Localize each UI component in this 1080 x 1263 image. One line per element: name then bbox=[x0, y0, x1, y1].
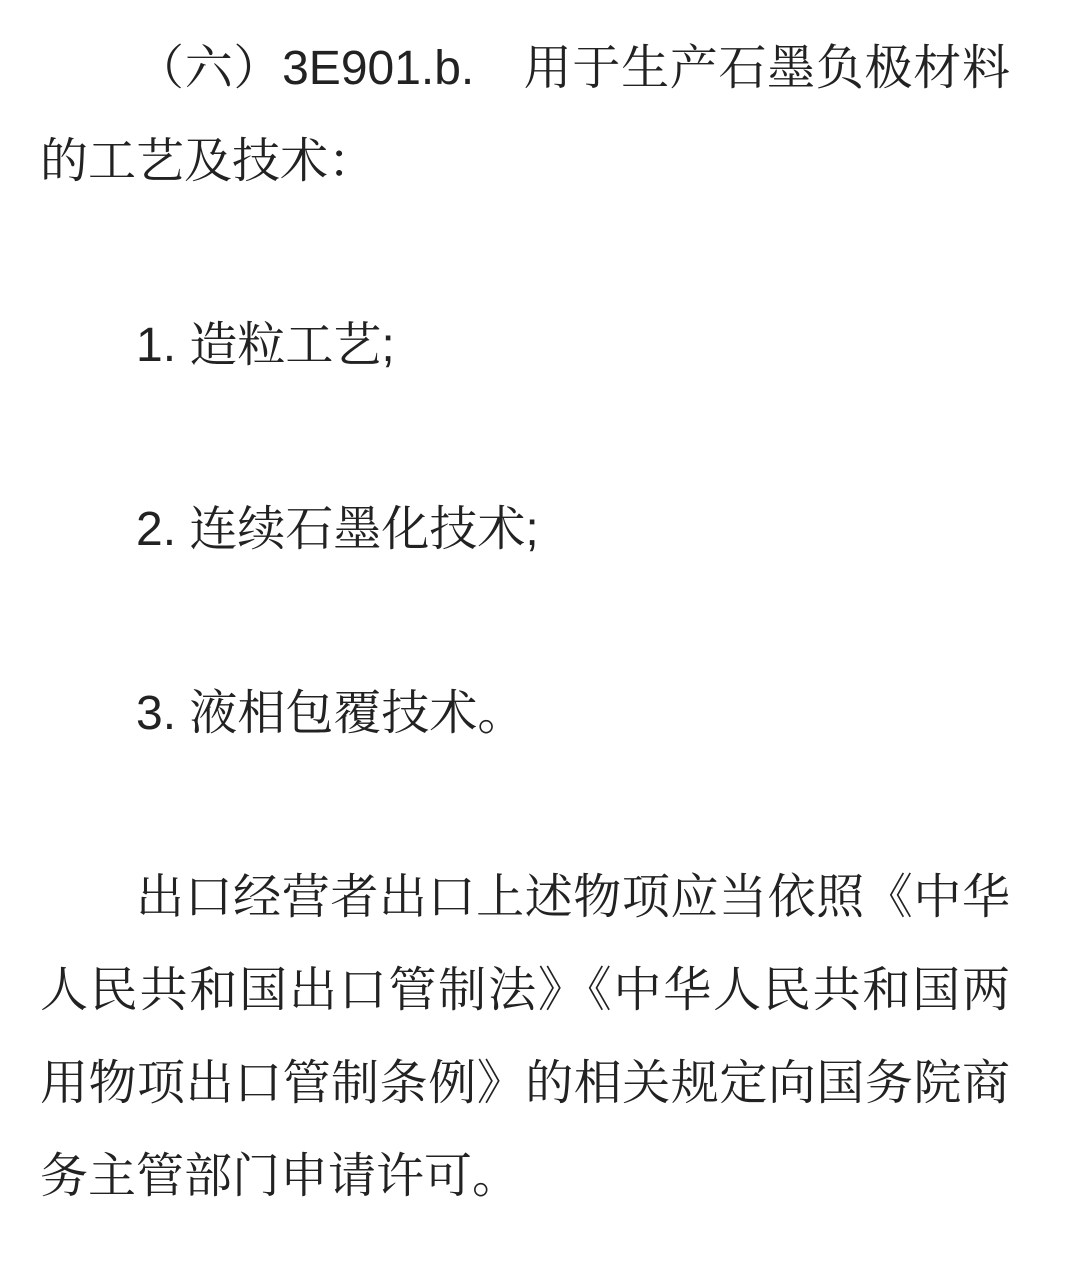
list-item-3: 3. 液相包覆技术。 bbox=[40, 667, 1010, 760]
list-item-1: 1. 造粒工艺; bbox=[40, 299, 1010, 392]
closing-paragraph: 出口经营者出口上述物项应当依照《中华人民共和国出口管制法》《中华人民共和国两用物… bbox=[40, 851, 1010, 1223]
section-heading: （六）3E901.b. 用于生产石墨负极材料的工艺及技术： bbox=[40, 22, 1010, 208]
list-item-2: 2. 连续石墨化技术; bbox=[40, 483, 1010, 576]
article-body: （六）3E901.b. 用于生产石墨负极材料的工艺及技术： 1. 造粒工艺; 2… bbox=[0, 0, 1080, 1263]
